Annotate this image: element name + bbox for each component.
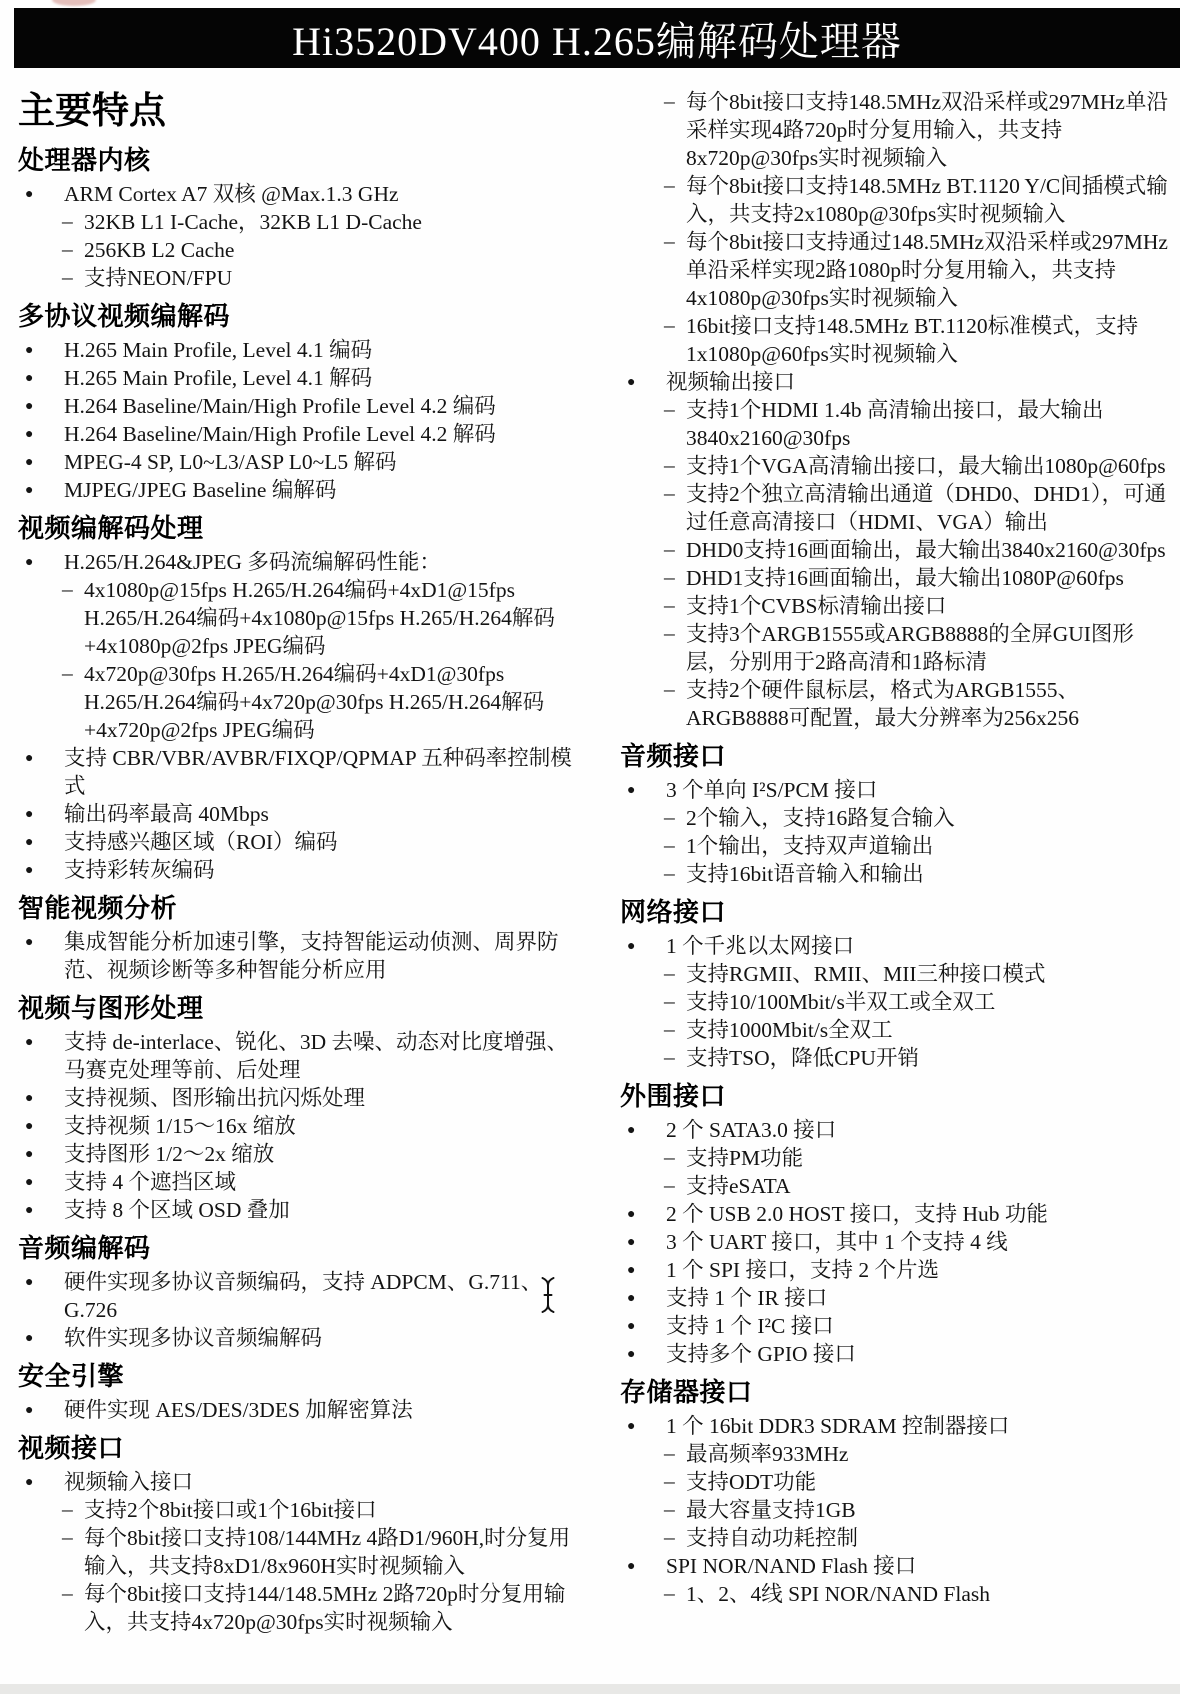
bullet-marker: ● [627, 1553, 635, 1581]
item-text: MJPEG/JPEG Baseline 编解码 [64, 478, 336, 502]
bullet-marker: ● [25, 1397, 33, 1425]
section-heading: 多协议视频编解码 [18, 300, 574, 332]
bullet-item: ●3 个单向 I²S/PCM 接口 [620, 776, 1172, 804]
item-text: 256KB L2 Cache [84, 238, 234, 262]
item-text: 支持16bit语音输入和输出 [686, 862, 924, 886]
bullet-marker: ● [25, 477, 33, 505]
bullet-marker: ● [25, 1141, 33, 1169]
item-text: 支持 8 个区域 OSD 叠加 [64, 1198, 290, 1222]
dash-marker: – [664, 619, 675, 647]
item-text: 32KB L1 I-Cache，32KB L1 D-Cache [84, 210, 422, 234]
dash-marker: – [664, 227, 675, 255]
item-text: 2 个 SATA3.0 接口 [666, 1118, 836, 1142]
dash-item: –支持1个CVBS标清输出接口 [620, 592, 1172, 620]
dash-item: –1、2、4线 SPI NOR/NAND Flash [620, 1580, 1172, 1608]
item-text: 支持2个独立高清输出通道（DHD0、DHD1），可通过任意高清接口（HDMI、V… [686, 482, 1166, 534]
dash-item: –4x1080p@15fps H.265/H.264编码+4xD1@15fps … [18, 576, 574, 660]
dash-item: –4x720p@30fps H.265/H.264编码+4xD1@30fps H… [18, 660, 574, 744]
dash-marker: – [664, 591, 675, 619]
item-text: 每个8bit接口支持148.5MHz BT.1120 Y/C间插模式输入，共支持… [686, 174, 1168, 226]
bullet-marker: ● [25, 1085, 33, 1113]
page-edge-logo-fragment [52, 0, 96, 6]
bullet-marker: ● [627, 1117, 635, 1145]
item-text: 硬件实现多协议音频编码，支持 ADPCM、G.711、G.726 [64, 1270, 542, 1322]
item-text: 支持10/100Mbit/s半双工或全双工 [686, 990, 995, 1014]
item-text: 16bit接口支持148.5MHz BT.1120标准模式，支持1x1080p@… [686, 314, 1138, 366]
left-column: 主要特点处理器内核●ARM Cortex A7 双核 @Max.1.3 GHz–… [18, 88, 574, 1636]
dash-marker: – [664, 1043, 675, 1071]
bullet-item: ●支持图形 1/2～2x 缩放 [18, 1140, 574, 1168]
bullet-marker: ● [627, 777, 635, 805]
item-text: MPEG-4 SP, L0~L3/ASP L0~L5 解码 [64, 450, 396, 474]
item-text: H.264 Baseline/Main/High Profile Level 4… [64, 422, 496, 446]
dash-marker: – [664, 675, 675, 703]
bullet-marker: ● [25, 1169, 33, 1197]
dash-item: –支持ODT功能 [620, 1468, 1172, 1496]
item-text: 每个8bit接口支持108/144MHz 4路D1/960H,时分复用输入，共支… [84, 1526, 570, 1578]
bullet-marker: ● [25, 1325, 33, 1353]
dash-item: –支持10/100Mbit/s半双工或全双工 [620, 988, 1172, 1016]
bullet-item: ●H.265/H.264&JPEG 多码流编解码性能： [18, 548, 574, 576]
dash-marker: – [664, 451, 675, 479]
dash-item: –支持RGMII、RMII、MII三种接口模式 [620, 960, 1172, 988]
dash-marker: – [664, 1015, 675, 1043]
section-heading: 安全引擎 [18, 1360, 574, 1392]
dash-item: –支持16bit语音输入和输出 [620, 860, 1172, 888]
item-text: 1、2、4线 SPI NOR/NAND Flash [686, 1582, 990, 1606]
bullet-item: ●支持 de-interlace、锐化、3D 去噪、动态对比度增强、马赛克处理等… [18, 1028, 574, 1084]
item-text: 支持ODT功能 [686, 1470, 816, 1494]
item-text: 最大容量支持1GB [686, 1498, 856, 1522]
bullet-item: ●硬件实现多协议音频编码，支持 ADPCM、G.711、G.726 [18, 1268, 574, 1324]
bullet-marker: ● [25, 1197, 33, 1225]
bullet-marker: ● [25, 829, 33, 857]
bullet-item: ●支持 1 个 IR 接口 [620, 1284, 1172, 1312]
page-title: Hi3520DV400 H.265编解码处理器 [292, 10, 902, 67]
dash-marker: – [664, 395, 675, 423]
dash-marker: – [664, 803, 675, 831]
bullet-marker: ● [627, 1285, 635, 1313]
bullet-marker: ● [627, 1341, 635, 1369]
dash-marker: – [664, 859, 675, 887]
item-text: 1 个千兆以太网接口 [666, 934, 854, 958]
dash-item: –支持2个8bit接口或1个16bit接口 [18, 1496, 574, 1524]
bullet-marker: ● [25, 1469, 33, 1497]
dash-item: –支持1000Mbit/s全双工 [620, 1016, 1172, 1044]
bullet-marker: ● [627, 933, 635, 961]
item-text: DHD0支持16画面输出，最大输出3840x2160@30fps [686, 538, 1166, 562]
item-text: 2个输入，支持16路复合输入 [686, 806, 955, 830]
section-heading: 视频接口 [18, 1432, 574, 1464]
item-text: 4x1080p@15fps H.265/H.264编码+4xD1@15fps H… [84, 578, 555, 658]
item-text: 2 个 USB 2.0 HOST 接口，支持 Hub 功能 [666, 1202, 1048, 1226]
item-text: 支持 4 个遮挡区域 [64, 1170, 236, 1194]
dash-marker: – [664, 1171, 675, 1199]
dash-marker: – [664, 1579, 675, 1607]
bullet-item: ●支持视频 1/15～16x 缩放 [18, 1112, 574, 1140]
main-heading: 主要特点 [18, 88, 574, 134]
bullet-marker: ● [25, 337, 33, 365]
dash-marker: – [62, 263, 73, 291]
bullet-marker: ● [25, 745, 33, 773]
bullet-item: ●视频输出接口 [620, 368, 1172, 396]
bullet-item: ●2 个 USB 2.0 HOST 接口，支持 Hub 功能 [620, 1200, 1172, 1228]
item-text: 3 个 UART 接口，其中 1 个支持 4 线 [666, 1230, 1008, 1254]
bullet-item: ●支持 CBR/VBR/AVBR/FIXQP/QPMAP 五种码率控制模式 [18, 744, 574, 800]
item-text: 视频输入接口 [64, 1470, 193, 1494]
bullet-marker: ● [25, 1029, 33, 1057]
dash-item: –支持2个硬件鼠标层，格式为ARGB1555、ARGB8888可配置，最大分辨率… [620, 676, 1172, 732]
dash-marker: – [664, 1439, 675, 1467]
item-text: 硬件实现 AES/DES/3DES 加解密算法 [64, 1398, 413, 1422]
bullet-item: ●H.264 Baseline/Main/High Profile Level … [18, 420, 574, 448]
bullet-item: ●支持多个 GPIO 接口 [620, 1340, 1172, 1368]
bullet-item: ●MPEG-4 SP, L0~L3/ASP L0~L5 解码 [18, 448, 574, 476]
item-text: 支持1个HDMI 1.4b 高清输出接口，最大输出3840x2160@30fps [686, 398, 1103, 450]
dash-marker: – [664, 1495, 675, 1523]
bullet-item: ●1 个 16bit DDR3 SDRAM 控制器接口 [620, 1412, 1172, 1440]
item-text: 支持NEON/FPU [84, 266, 232, 290]
item-text: ARM Cortex A7 双核 @Max.1.3 GHz [64, 182, 399, 206]
dash-item: –支持1个HDMI 1.4b 高清输出接口，最大输出3840x2160@30fp… [620, 396, 1172, 452]
bullet-item: ●1 个 SPI 接口，支持 2 个片选 [620, 1256, 1172, 1284]
bullet-item: ●3 个 UART 接口，其中 1 个支持 4 线 [620, 1228, 1172, 1256]
bullet-item: ●支持 4 个遮挡区域 [18, 1168, 574, 1196]
bullet-item: ●硬件实现 AES/DES/3DES 加解密算法 [18, 1396, 574, 1424]
item-text: 集成智能分析加速引擎，支持智能运动侦测、周界防范、视频诊断等多种智能分析应用 [64, 930, 559, 982]
item-text: 输出码率最高 40Mbps [64, 802, 269, 826]
item-text: 3 个单向 I²S/PCM 接口 [666, 778, 877, 802]
item-text: 视频输出接口 [666, 370, 795, 394]
item-text: H.265 Main Profile, Level 4.1 编码 [64, 338, 372, 362]
bullet-item: ●输出码率最高 40Mbps [18, 800, 574, 828]
section-heading: 音频接口 [620, 740, 1172, 772]
dash-item: –支持2个独立高清输出通道（DHD0、DHD1），可通过任意高清接口（HDMI、… [620, 480, 1172, 536]
item-text: 支持1000Mbit/s全双工 [686, 1018, 893, 1042]
dash-item: –DHD1支持16画面输出，最大输出1080P@60fps [620, 564, 1172, 592]
bullet-item: ●1 个千兆以太网接口 [620, 932, 1172, 960]
item-text: 支持 CBR/VBR/AVBR/FIXQP/QPMAP 五种码率控制模式 [64, 746, 572, 798]
section-heading: 视频编解码处理 [18, 512, 574, 544]
section-heading: 视频与图形处理 [18, 992, 574, 1024]
dash-marker: – [664, 87, 675, 115]
bullet-marker: ● [25, 181, 33, 209]
dash-item: –每个8bit接口支持148.5MHz双沿采样或297MHz单沿采样实现4路72… [620, 88, 1172, 172]
dash-item: –支持eSATA [620, 1172, 1172, 1200]
dash-marker: – [62, 235, 73, 263]
dash-marker: – [62, 207, 73, 235]
dash-item: –每个8bit接口支持144/148.5MHz 2路720p时分复用输入，共支持… [18, 1580, 574, 1636]
item-text: H.264 Baseline/Main/High Profile Level 4… [64, 394, 496, 418]
item-text: 支持TSO，降低CPU开销 [686, 1046, 919, 1070]
dash-item: –每个8bit接口支持通过148.5MHz双沿采样或297MHz单沿采样实现2路… [620, 228, 1172, 312]
item-text: SPI NOR/NAND Flash 接口 [666, 1554, 916, 1578]
item-text: 支持1个VGA高清输出接口，最大输出1080p@60fps [686, 454, 1166, 478]
dash-marker: – [62, 1495, 73, 1523]
dash-marker: – [62, 659, 73, 687]
item-text: 支持彩转灰编码 [64, 858, 215, 882]
dash-marker: – [664, 535, 675, 563]
bullet-marker: ● [627, 1201, 635, 1229]
bullet-marker: ● [25, 365, 33, 393]
dash-item: –每个8bit接口支持108/144MHz 4路D1/960H,时分复用输入，共… [18, 1524, 574, 1580]
dash-marker: – [62, 1523, 73, 1551]
dash-marker: – [62, 1579, 73, 1607]
dash-marker: – [664, 987, 675, 1015]
item-text: 1 个 16bit DDR3 SDRAM 控制器接口 [666, 1414, 1009, 1438]
item-text: H.265/H.264&JPEG 多码流编解码性能： [64, 550, 441, 574]
bullet-item: ●视频输入接口 [18, 1468, 574, 1496]
bullet-marker: ● [25, 857, 33, 885]
dash-marker: – [664, 479, 675, 507]
bullet-item: ●支持 1 个 I²C 接口 [620, 1312, 1172, 1340]
dash-item: –DHD0支持16画面输出，最大输出3840x2160@30fps [620, 536, 1172, 564]
bullet-marker: ● [25, 549, 33, 577]
dash-item: –支持PM功能 [620, 1144, 1172, 1172]
section-heading: 音频编解码 [18, 1232, 574, 1264]
bullet-marker: ● [627, 1413, 635, 1441]
bullet-item: ●SPI NOR/NAND Flash 接口 [620, 1552, 1172, 1580]
section-heading: 智能视频分析 [18, 892, 574, 924]
bullet-marker: ● [25, 1113, 33, 1141]
bullet-item: ●集成智能分析加速引擎，支持智能运动侦测、周界防范、视频诊断等多种智能分析应用 [18, 928, 574, 984]
dash-item: –支持1个VGA高清输出接口，最大输出1080p@60fps [620, 452, 1172, 480]
item-text: 支持PM功能 [686, 1146, 803, 1170]
bullet-item: ●2 个 SATA3.0 接口 [620, 1116, 1172, 1144]
dash-marker: – [664, 831, 675, 859]
bullet-item: ●支持视频、图形输出抗闪烁处理 [18, 1084, 574, 1112]
item-text: 每个8bit接口支持通过148.5MHz双沿采样或297MHz单沿采样实现2路1… [686, 230, 1168, 310]
item-text: 支持视频、图形输出抗闪烁处理 [64, 1086, 365, 1110]
bullet-marker: ● [25, 1269, 33, 1297]
bullet-marker: ● [25, 929, 33, 957]
dash-item: –支持3个ARGB1555或ARGB8888的全屏GUI图形层，分别用于2路高清… [620, 620, 1172, 676]
section-heading: 外围接口 [620, 1080, 1172, 1112]
item-text: 支持2个硬件鼠标层，格式为ARGB1555、ARGB8888可配置，最大分辨率为… [686, 678, 1079, 730]
dash-item: –最高频率933MHz [620, 1440, 1172, 1468]
section-heading: 网络接口 [620, 896, 1172, 928]
section-heading: 存储器接口 [620, 1376, 1172, 1408]
bullet-marker: ● [25, 421, 33, 449]
bullet-marker: ● [25, 801, 33, 829]
bullet-marker: ● [627, 1257, 635, 1285]
bullet-item: ●MJPEG/JPEG Baseline 编解码 [18, 476, 574, 504]
dash-marker: – [664, 311, 675, 339]
i-beam-text-cursor [540, 1276, 556, 1314]
item-text: DHD1支持16画面输出，最大输出1080P@60fps [686, 566, 1124, 590]
dash-marker: – [664, 1143, 675, 1171]
bullet-item: ●H.265 Main Profile, Level 4.1 解码 [18, 364, 574, 392]
dash-marker: – [664, 171, 675, 199]
item-text: 支持2个8bit接口或1个16bit接口 [84, 1498, 377, 1522]
bullet-item: ●支持 8 个区域 OSD 叠加 [18, 1196, 574, 1224]
item-text: 支持3个ARGB1555或ARGB8888的全屏GUI图形层，分别用于2路高清和… [686, 622, 1134, 674]
dash-item: –最大容量支持1GB [620, 1496, 1172, 1524]
bullet-marker: ● [25, 449, 33, 477]
dash-item: –16bit接口支持148.5MHz BT.1120标准模式，支持1x1080p… [620, 312, 1172, 368]
dash-item: –2个输入，支持16路复合输入 [620, 804, 1172, 832]
dash-item: –1个输出，支持双声道输出 [620, 832, 1172, 860]
item-text: 1 个 SPI 接口，支持 2 个片选 [666, 1258, 939, 1282]
item-text: 支持自动功耗控制 [686, 1526, 858, 1550]
item-text: 每个8bit接口支持144/148.5MHz 2路720p时分复用输入，共支持4… [84, 1582, 565, 1634]
dash-item: –支持TSO，降低CPU开销 [620, 1044, 1172, 1072]
bottom-scroll-edge [0, 1684, 1180, 1694]
item-text: 支持图形 1/2～2x 缩放 [64, 1142, 274, 1166]
section-heading: 处理器内核 [18, 144, 574, 176]
bullet-item: ●支持彩转灰编码 [18, 856, 574, 884]
bullet-item: ●H.265 Main Profile, Level 4.1 编码 [18, 336, 574, 364]
item-text: 支持感兴趣区域（ROI）编码 [64, 830, 338, 854]
item-text: 支持 de-interlace、锐化、3D 去噪、动态对比度增强、马赛克处理等前… [64, 1030, 568, 1082]
dash-item: –每个8bit接口支持148.5MHz BT.1120 Y/C间插模式输入，共支… [620, 172, 1172, 228]
item-text: 支持视频 1/15～16x 缩放 [64, 1114, 296, 1138]
item-text: 每个8bit接口支持148.5MHz双沿采样或297MHz单沿采样实现4路720… [686, 90, 1168, 170]
bullet-marker: ● [25, 393, 33, 421]
item-text: 支持eSATA [686, 1174, 791, 1198]
item-text: 支持多个 GPIO 接口 [666, 1342, 856, 1366]
bullet-item: ●ARM Cortex A7 双核 @Max.1.3 GHz [18, 180, 574, 208]
right-column: –每个8bit接口支持148.5MHz双沿采样或297MHz单沿采样实现4路72… [620, 88, 1172, 1608]
bullet-marker: ● [627, 1313, 635, 1341]
dash-item: –支持自动功耗控制 [620, 1524, 1172, 1552]
item-text: 支持RGMII、RMII、MII三种接口模式 [686, 962, 1046, 986]
item-text: 支持1个CVBS标清输出接口 [686, 594, 946, 618]
item-text: H.265 Main Profile, Level 4.1 解码 [64, 366, 372, 390]
dash-marker: – [664, 563, 675, 591]
item-text: 最高频率933MHz [686, 1442, 848, 1466]
dash-marker: – [62, 575, 73, 603]
dash-marker: – [664, 1467, 675, 1495]
dash-marker: – [664, 1523, 675, 1551]
dash-marker: – [664, 959, 675, 987]
item-text: 1个输出，支持双声道输出 [686, 834, 933, 858]
item-text: 4x720p@30fps H.265/H.264编码+4xD1@30fps H.… [84, 662, 544, 742]
bullet-item: ●H.264 Baseline/Main/High Profile Level … [18, 392, 574, 420]
item-text: 支持 1 个 IR 接口 [666, 1286, 827, 1310]
bullet-marker: ● [627, 1229, 635, 1257]
dash-item: –256KB L2 Cache [18, 236, 574, 264]
bullet-item: ●支持感兴趣区域（ROI）编码 [18, 828, 574, 856]
item-text: 支持 1 个 I²C 接口 [666, 1314, 834, 1338]
bullet-item: ●软件实现多协议音频编解码 [18, 1324, 574, 1352]
dash-item: –支持NEON/FPU [18, 264, 574, 292]
bullet-marker: ● [627, 369, 635, 397]
item-text: 软件实现多协议音频编解码 [64, 1326, 322, 1350]
document-title-bar: Hi3520DV400 H.265编解码处理器 [14, 8, 1180, 68]
dash-item: –32KB L1 I-Cache，32KB L1 D-Cache [18, 208, 574, 236]
